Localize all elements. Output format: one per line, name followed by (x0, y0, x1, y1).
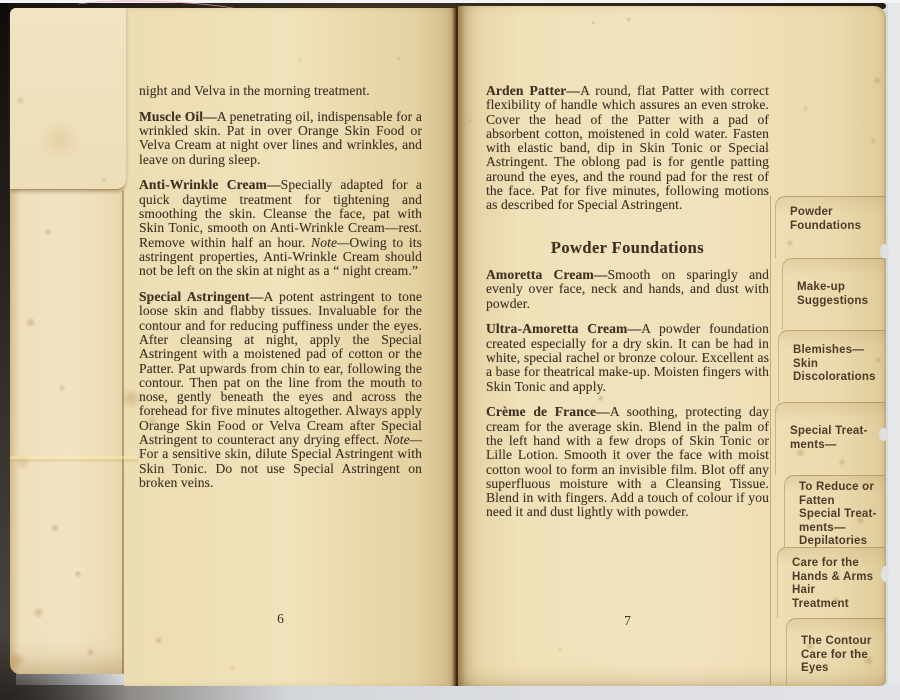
stain (838, 458, 846, 466)
stain (7, 651, 26, 670)
section-heading: Powder Foundations (486, 241, 769, 255)
left-page-number: 6 (139, 611, 422, 627)
stain (417, 347, 423, 353)
stain (396, 56, 401, 61)
paragraph: Special Astringent—A potent astringent t… (139, 290, 422, 490)
stain (74, 570, 82, 578)
right-page-text: Arden Patter—A round, flat Patter with c… (486, 84, 769, 531)
stain (38, 118, 82, 162)
stain (229, 665, 236, 672)
body-text: A soothing, protecting day cream for the… (486, 404, 769, 519)
paragraph: Amoretta Cream—Smooth on sparingly and e… (486, 268, 769, 311)
stain (856, 516, 865, 525)
stain (50, 523, 60, 533)
paragraph: Arden Patter—A round, flat Patter with c… (486, 84, 769, 213)
scan-background-right (888, 0, 900, 700)
stain (297, 57, 303, 63)
stain (16, 96, 25, 105)
right-page-number: 7 (486, 613, 769, 629)
body-text: night and Velva in the morning treatment… (139, 83, 370, 98)
tab-make-up-suggestions[interactable]: Make-up Suggestions (782, 258, 886, 330)
stain (805, 641, 815, 651)
product-name: Ultra-Amoretta Cream— (486, 321, 641, 336)
right-page-intro: Arden Patter—A round, flat Patter with c… (486, 84, 769, 213)
stain (832, 596, 840, 604)
stain (120, 387, 143, 410)
paragraph: Crème de France—A soothing, protecting d… (486, 405, 769, 519)
product-name: Arden Patter— (486, 83, 580, 98)
product-name: Special Astringent— (139, 289, 264, 304)
stain (870, 137, 877, 144)
stain (626, 17, 631, 22)
tab-special-treatments[interactable]: Special Treat- ments— (775, 402, 886, 475)
stain (557, 647, 563, 653)
product-name: Crème de France— (486, 404, 610, 419)
note-label: Note— (311, 235, 349, 250)
stain (873, 76, 882, 85)
left-page-text: night and Velva in the morning treatment… (139, 84, 422, 502)
stain (786, 239, 794, 247)
stain (790, 557, 797, 564)
stain (154, 636, 163, 645)
stain (836, 653, 840, 657)
tab-reduce-fatten-depilatories[interactable]: To Reduce or Fatten Special Treat- ments… (784, 475, 886, 547)
product-name: Amoretta Cream— (486, 267, 608, 282)
stain (25, 317, 36, 328)
stain (58, 384, 66, 392)
tab-blemishes-skin-discolorations[interactable]: Blemishes— Skin Discolorations (778, 330, 886, 402)
note-label: Note— (384, 432, 422, 447)
body-text: A round, flat Patter with correct flexib… (486, 83, 769, 212)
stain (14, 454, 31, 471)
tab-powder-foundations[interactable]: Powder Foundations (775, 196, 886, 258)
stain (597, 395, 604, 402)
stain (874, 356, 882, 364)
scan-background-bottom (0, 685, 900, 700)
stain (468, 118, 473, 123)
body-text: For a sensitive skin, dilute Special Ast… (139, 446, 422, 490)
paragraph: night and Velva in the morning treatment… (139, 84, 422, 98)
paragraph: Muscle Oil—A penetrating oil, indispensa… (139, 110, 422, 167)
stain (32, 606, 45, 619)
flipped-tab-pages (10, 8, 126, 190)
paragraph: Ultra-Amoretta Cream—A powder foundation… (486, 322, 769, 393)
tab-contour-eyes[interactable]: The Contour Care for the Eyes (786, 618, 886, 686)
right-page-section: Amoretta Cream—Smooth on sparingly and e… (486, 268, 769, 520)
product-name: Anti-Wrinkle Cream— (139, 177, 281, 192)
stain (863, 655, 874, 666)
stain (802, 105, 809, 112)
stain (147, 415, 158, 426)
stain (101, 177, 107, 183)
paragraph: Anti-Wrinkle Cream—Specially adapted for… (139, 178, 422, 278)
body-text: A potent astringent to tone loose skin a… (139, 289, 422, 447)
stain (86, 648, 95, 657)
stain (44, 228, 52, 236)
stain (795, 447, 806, 458)
right-page-edge-line (770, 196, 771, 685)
stain (591, 20, 596, 25)
page-edge-line (122, 190, 124, 674)
booklet-scan: night and Velva in the morning treatment… (0, 0, 900, 700)
stain (847, 302, 854, 309)
product-name: Muscle Oil— (139, 109, 217, 124)
